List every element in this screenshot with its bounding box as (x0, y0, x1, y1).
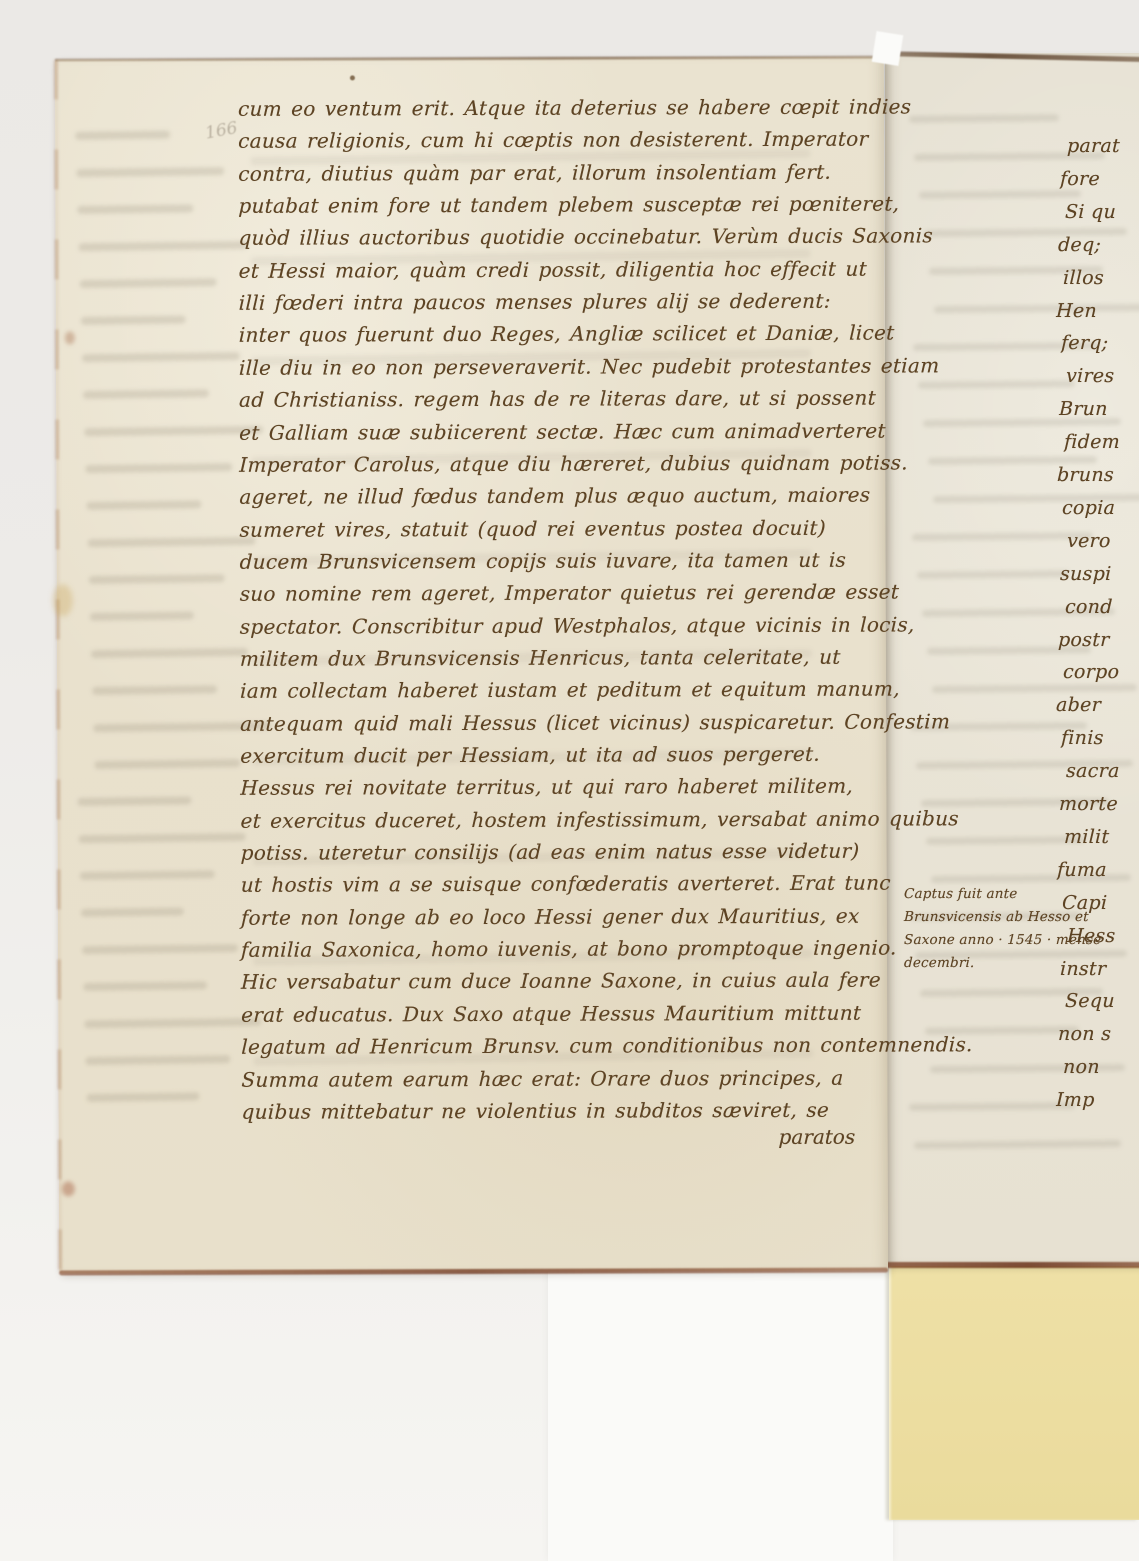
bleedthrough-line (86, 1092, 199, 1102)
catchword: paratos (778, 1125, 855, 1149)
recto-fragment-line: postr (1058, 629, 1139, 653)
recto-fragment-line: Capi (1062, 892, 1139, 916)
ink-blot (350, 75, 355, 80)
bleedthrough-line (919, 190, 1081, 199)
recto-fragment-line: fuma (1057, 859, 1139, 883)
manuscript-line: inter quos fuerunt duo Reges, Angliæ sci… (238, 321, 894, 349)
verso-page: 166 cum eo ventum erit. Atque ita deteri… (55, 57, 888, 1274)
manuscript-line: iam collectam haberet iustam et peditum … (240, 677, 901, 705)
bleedthrough-line (83, 981, 207, 991)
bleedthrough-line (909, 1102, 1075, 1111)
marginal-note-line: decembri. (904, 955, 975, 973)
recto-fragment-line: aber (1056, 694, 1139, 718)
recto-fragment-line: ferq; (1061, 332, 1139, 356)
manuscript-line: familia Saxonica, homo iuvenis, at bono … (241, 936, 898, 964)
bleedthrough-line (94, 759, 240, 769)
recto-fragment-line: parat (1067, 135, 1139, 159)
bleedthrough-line (79, 833, 246, 843)
marginal-note-line: Captus fuit ante (904, 886, 1018, 904)
bleedthrough-line (82, 352, 240, 362)
manuscript-line: ageret, ne illud fœdus tandem plus æquo … (239, 483, 871, 511)
bleedthrough-line (77, 796, 191, 806)
bleedthrough-line (77, 204, 193, 214)
manuscript-line: contra, diutius quàm par erat, illorum i… (238, 159, 832, 187)
manuscript-line: exercitum ducit per Hessiam, ut ita ad s… (240, 742, 821, 770)
bleedthrough-line (79, 241, 248, 251)
recto-fragment-line: Hen (1056, 300, 1139, 324)
bleedthrough-line (918, 380, 1075, 389)
bleedthrough-line (91, 648, 248, 658)
recto-fragment-line: milit (1064, 826, 1139, 850)
recto-fragment-line: fidem (1064, 431, 1139, 455)
manuscript-line: quòd illius auctoribus quotidie occineba… (238, 224, 933, 252)
bleedthrough-line (914, 1140, 1121, 1149)
underlay-white-sheet (548, 1258, 893, 1561)
recto-fragment-line: vires (1066, 365, 1139, 389)
bleedthrough-line (80, 278, 217, 288)
recto-fragment-line: finis (1061, 727, 1139, 751)
recto-fragment-line: Imp (1056, 1089, 1139, 1113)
manuscript-line: illi fœderi intra paucos menses plures a… (238, 289, 831, 317)
yellow-paper-sheet (889, 1264, 1139, 1520)
manuscript-line: et Galliam suæ subiicerent sectæ. Hæc cu… (239, 418, 886, 446)
manuscript-line: legatum ad Henricum Brunsv. cum conditio… (241, 1032, 973, 1061)
gutter-highlight (872, 31, 904, 66)
manuscript-line: potiss. uteretur consilijs (ad eas enim … (240, 839, 860, 867)
bleedthrough-line (82, 944, 238, 954)
bleedthrough-line (90, 611, 194, 620)
manuscript-line: cum eo ventum erit. Atque ita deterius s… (238, 94, 912, 122)
recto-fragment-line: Hess (1067, 925, 1139, 949)
recto-fragment-line: bruns (1057, 464, 1139, 488)
page-edge-top (881, 51, 1139, 62)
recto-fragment-line: Si qu (1065, 201, 1139, 225)
manuscript-line: militem dux Brunsvicensis Henricus, tant… (240, 645, 842, 673)
page-deckle-edge (54, 59, 62, 1273)
recto-fragment-line: corpo (1063, 661, 1139, 685)
recto-fragment-line: non (1063, 1056, 1139, 1080)
manuscript-line: forte non longe ab eo loco Hessi gener d… (240, 903, 859, 931)
bleedthrough-line (92, 685, 217, 695)
bleedthrough-line (81, 315, 186, 324)
bleedthrough-line (917, 570, 1069, 579)
recto-fragment-line: sacra (1066, 760, 1139, 784)
recto-fragment-line: illos (1063, 267, 1139, 291)
recto-fragment-line: copia (1062, 497, 1139, 521)
manuscript-line: et exercitus duceret, hostem infestissim… (240, 806, 959, 835)
manuscript-line: spectator. Conscribitur apud Westphalos,… (239, 612, 915, 640)
manuscript-line: putabat enim fore ut tandem plebem susce… (238, 192, 900, 220)
recto-fragment-line: cond (1065, 596, 1139, 620)
bleedthrough-line (926, 836, 1085, 845)
bleedthrough-line (81, 907, 184, 916)
manuscript-line: suo nomine rem ageret, Imperator quietus… (239, 580, 899, 608)
manuscript-line: Hessus rei novitate territus, ut qui rar… (240, 774, 854, 802)
bleedthrough-line (85, 1055, 230, 1065)
page-edge-top (55, 56, 884, 62)
bleedthrough-line (89, 574, 225, 584)
recto-fragment-line: fore (1060, 168, 1139, 192)
recto-fragment-line: Brun (1059, 398, 1139, 422)
bleedthrough-line (75, 131, 170, 140)
manuscript-photo: Captus fuit anteBrunsvicensis ab Hesso e… (0, 0, 1139, 1561)
page-edge-bottom (885, 1262, 1139, 1268)
recto-fragment-line: morte (1059, 793, 1139, 817)
manuscript-line: et Hessi maior, quàm credi possit, dilig… (238, 256, 867, 284)
recto-fragment-line: deq; (1058, 234, 1139, 258)
manuscript-line: ille diu in eo non perseveraverit. Nec p… (239, 353, 940, 381)
manuscript-line: Imperator Carolus, atque diu hæreret, du… (239, 450, 908, 478)
bleedthrough-line (84, 426, 263, 436)
recto-fragment-line: instr (1060, 958, 1139, 982)
manuscript-line: ducem Brunsvicensem copijs suis iuvare, … (239, 548, 846, 576)
bleedthrough-line (76, 167, 224, 177)
bleedthrough-line (909, 114, 1059, 123)
paper-stain (53, 584, 73, 616)
bleedthrough-line (84, 1018, 261, 1028)
paper-stain (65, 331, 75, 344)
paper-stain (62, 1181, 75, 1196)
manuscript-line: ad Christianiss. regem has de re literas… (239, 386, 877, 414)
recto-fragment-line: Sequ (1065, 990, 1139, 1014)
bleedthrough-line (80, 870, 215, 880)
bleedthrough-line (86, 500, 201, 510)
bleedthrough-line (932, 684, 1137, 693)
recto-fragment-line: suspi (1060, 563, 1139, 587)
bleedthrough-line (83, 389, 209, 399)
manuscript-line: causa religionis, cum hi cœptis non desi… (238, 127, 869, 155)
bleedthrough-line (85, 463, 232, 473)
recto-fragment-line: vero (1067, 530, 1139, 554)
manuscript-line: quibus mittebatur ne violentius in subdi… (241, 1098, 829, 1126)
manuscript-line: antequam quid mali Hessus (licet vicinus… (240, 709, 951, 737)
manuscript-line: Hic versabatur cum duce Ioanne Saxone, i… (241, 968, 882, 996)
bleedthrough-line (88, 537, 256, 547)
manuscript-line: sumeret vires, statuit (quod rei eventus… (239, 515, 826, 543)
manuscript-line: Summa autem earum hæc erat: Orare duos p… (241, 1065, 844, 1093)
manuscript-line: erat educatus. Dux Saxo atque Hessus Mau… (241, 1000, 862, 1028)
manuscript-line: ut hostis vim a se suisque confœderatis … (240, 871, 891, 899)
faint-folio-numeral: 166 (204, 118, 239, 143)
bleedthrough-line (912, 532, 1093, 541)
recto-fragment-line: non s (1058, 1023, 1139, 1047)
